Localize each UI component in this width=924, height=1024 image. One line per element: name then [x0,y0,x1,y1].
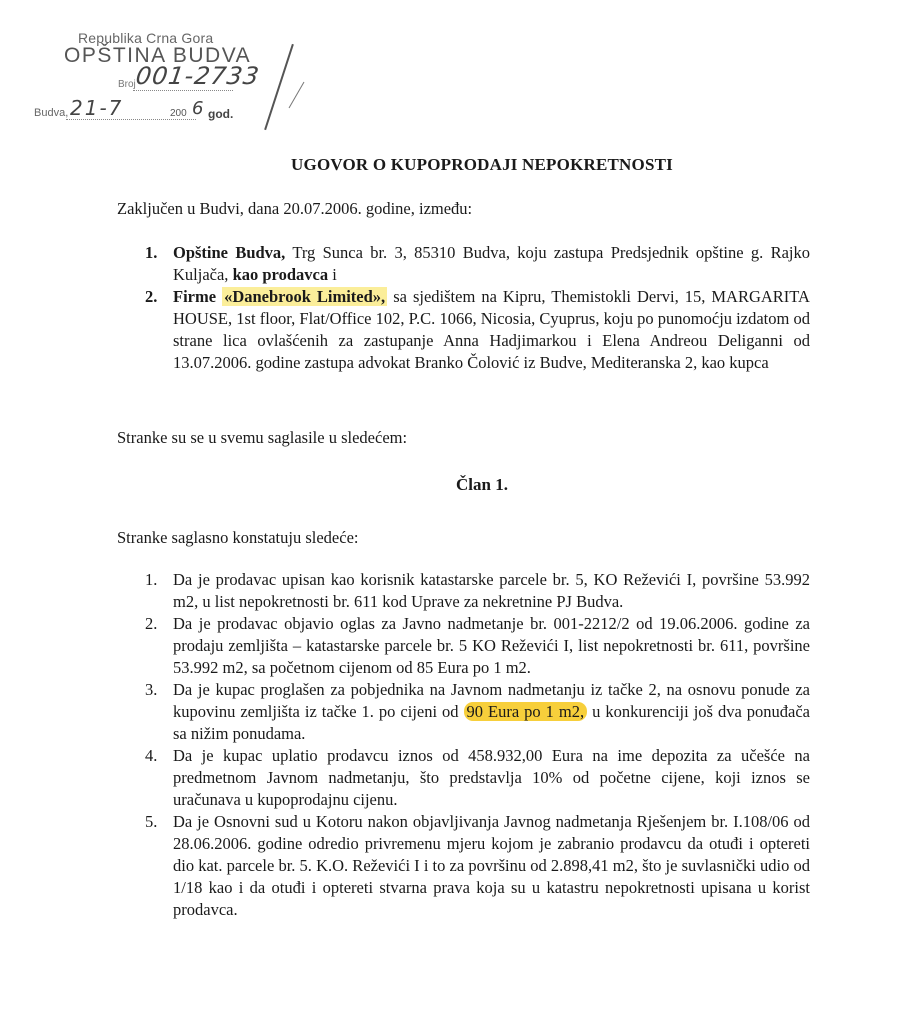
stamp-year-handwritten: 6 [192,98,203,119]
fact-item: 5. Da je Osnovni sud u Kotoru nakon obja… [145,811,810,921]
fact-text: Da je Osnovni sud u Kotoru nakon objavlj… [173,812,810,919]
stamp-place-label: Budva, [34,107,68,119]
stamp-date-underline [66,119,196,120]
fact-number: 3. [145,679,157,701]
party-name-highlighted: «Danebrook Limited», [222,287,387,306]
fact-text: Da je kupac uplatio prodavcu iznos od 45… [173,746,810,809]
party-name-prefix: Firme [173,287,222,306]
fact-item: 2. Da je prodavac objavio oglas za Javno… [145,613,810,679]
party-item: 1. Opštine Budva, Trg Sunca br. 3, 85310… [145,242,810,286]
party-number: 1. [145,242,157,264]
fact-item: 3. Da je kupac proglašen za pobjednika n… [145,679,810,745]
fact-number: 5. [145,811,157,833]
article-heading: Član 1. [0,475,924,495]
document-title: UGOVOR O KUPOPRODAJI NEPOKRETNOSTI [0,155,924,175]
stamp-year-prefix: 200 [170,108,187,119]
fact-number: 4. [145,745,157,767]
parties-list: 1. Opštine Budva, Trg Sunca br. 3, 85310… [145,242,810,374]
document-page: Republika Crna Gora OPŠTINA BUDVA Broj 0… [0,0,924,1024]
facts-list: 1. Da je prodavac upisan kao korisnik ka… [145,569,810,921]
stamp-broj-underline [133,90,233,91]
fact-number: 2. [145,613,157,635]
stamp-pen-stroke [264,44,294,130]
stamp-broj-handwritten: 001-2733 [134,62,261,90]
article-intro: Stranke saglasno konstatuju sledeće: [117,527,358,549]
party-item: 2. Firme «Danebrook Limited», sa sjedišt… [145,286,810,374]
party-role: kao prodavca [228,265,328,284]
fact-text: Da je prodavac upisan kao korisnik katas… [173,570,810,611]
stamp-date-handwritten: 21-7 [70,96,123,120]
stamp-pen-stroke-small [289,82,305,108]
municipality-stamp: Republika Crna Gora OPŠTINA BUDVA Broj 0… [28,20,328,130]
party-number: 2. [145,286,157,308]
agreement-line: Stranke su se u svemu saglasile u sledeć… [117,427,407,449]
fact-text: Da je prodavac objavio oglas za Javno na… [173,614,810,677]
fact-item: 1. Da je prodavac upisan kao korisnik ka… [145,569,810,613]
price-highlight: 90 Eura po 1 m2, [464,702,588,721]
stamp-god-label: god. [208,107,233,121]
fact-number: 1. [145,569,157,591]
party-name: Opštine Budva, [173,243,285,262]
intro-line: Zaključen u Budvi, dana 20.07.2006. godi… [117,198,472,220]
party-tail: i [328,265,337,284]
fact-item: 4. Da je kupac uplatio prodavcu iznos od… [145,745,810,811]
